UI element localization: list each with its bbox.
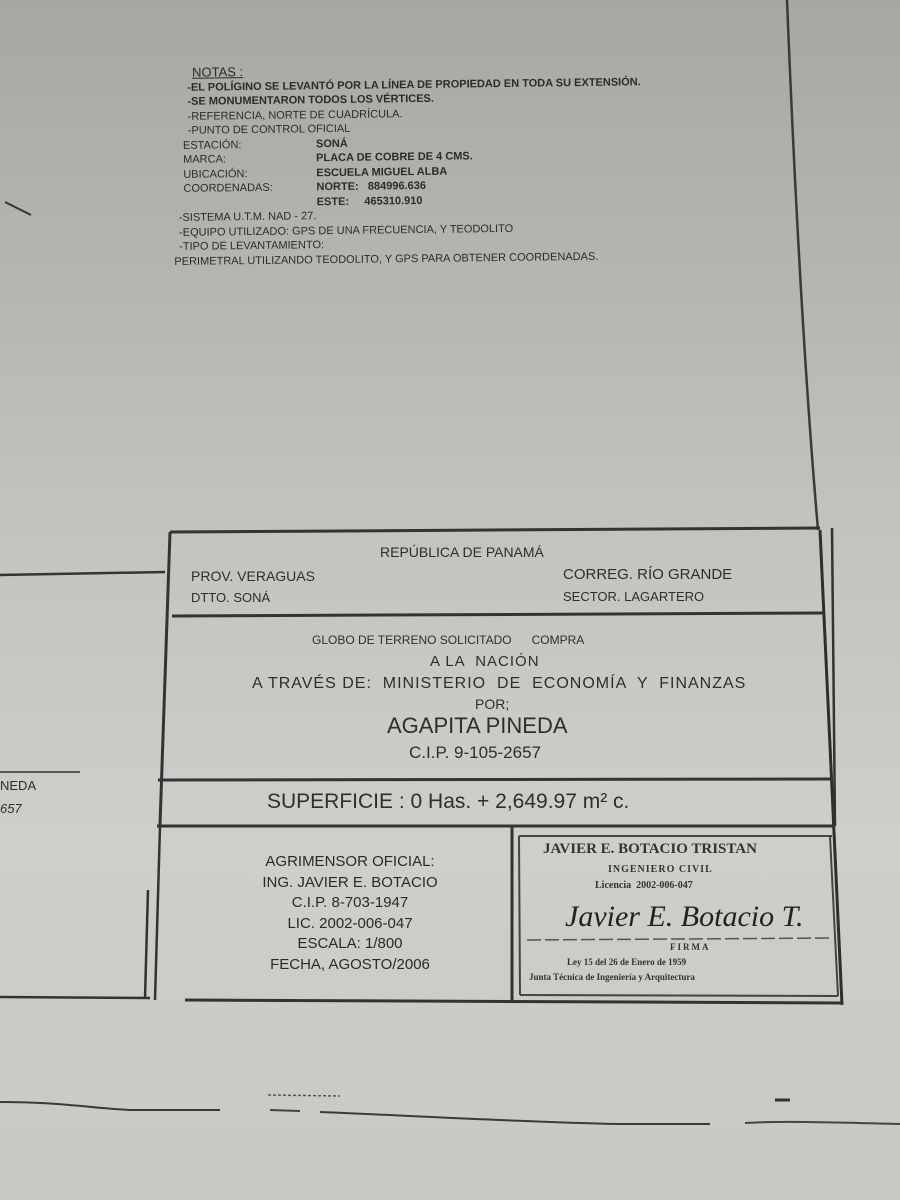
district: DTTO. SONÁ xyxy=(191,590,270,605)
stamp-law: Ley 15 del 26 de Enero de 1959 xyxy=(567,957,686,967)
surveyor-cip: C.I.P. 8-703-1947 xyxy=(200,893,500,914)
country-title: REPÚBLICA DE PANAMÁ xyxy=(380,544,544,560)
through-ministry: A TRAVÉS DE: MINISTERIO DE ECONOMÍA Y FI… xyxy=(252,675,746,693)
left-fragment-name: NEDA xyxy=(0,778,36,793)
surveyor-block: AGRIMENSOR OFICIAL: ING. JAVIER E. BOTAC… xyxy=(200,852,500,975)
corregimiento: CORREG. RÍO GRANDE xyxy=(563,566,732,583)
surveyor-title: AGRIMENSOR OFICIAL: xyxy=(200,852,500,873)
map-scale: ESCALA: 1/800 xyxy=(200,934,500,955)
plan-date: FECHA, AGOSTO/2006 xyxy=(200,955,500,976)
surveyor-license: LIC. 2002-006-047 xyxy=(200,914,500,935)
owner-cip: C.I.P. 9-105-2657 xyxy=(409,743,541,763)
owner-name: AGAPITA PINEDA xyxy=(387,713,568,739)
stamp-signature: Javier E. Botacio T. xyxy=(565,900,804,934)
province: PROV. VERAGUAS xyxy=(191,568,315,584)
sector: SECTOR. LAGARTERO xyxy=(563,589,704,604)
by-label: POR; xyxy=(475,696,509,712)
stamp-license: Licencia 2002-006-047 xyxy=(595,880,693,891)
stamp-board: Junta Técnica de Ingeniería y Arquitectu… xyxy=(529,972,695,982)
notes-section: NOTAS : -EL POLÍGINO SE LEVANTÓ POR LA L… xyxy=(172,59,774,269)
to-nation: A LA NACIÓN xyxy=(430,653,540,670)
request-line: GLOBO DE TERRENO SOLICITADO COMPRA xyxy=(312,633,584,647)
stamp-name: JAVIER E. BOTACIO TRISTAN xyxy=(543,841,757,858)
left-fragment-cip: 657 xyxy=(0,801,22,816)
stamp-firma: FIRMA xyxy=(670,942,711,952)
surface-area: SUPERFICIE : 0 Has. + 2,649.97 m² c. xyxy=(267,790,629,814)
surveyor-name: ING. JAVIER E. BOTACIO xyxy=(200,873,500,894)
stamp-profession: INGENIERO CIVIL xyxy=(608,864,713,875)
